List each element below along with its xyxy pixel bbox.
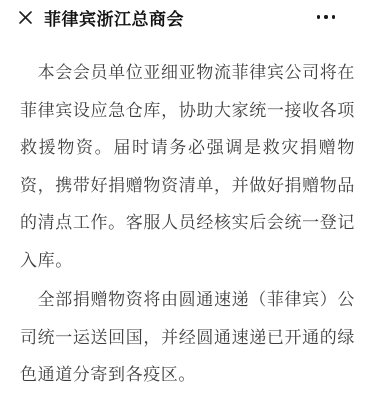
article-body: 本会会员单位亚细亚物流菲律宾公司将在菲律宾设应急仓库，协助大家统一接收各项救援物… <box>0 34 375 394</box>
close-icon <box>18 10 33 25</box>
page-title: 菲律宾浙江总商会 <box>44 5 184 30</box>
article-paragraph: 本会会员单位亚细亚物流菲律宾公司将在菲律宾设应急仓库，协助大家统一接收各项救援物… <box>20 54 355 279</box>
browser-header: 菲律宾浙江总商会 <box>0 0 375 34</box>
close-button[interactable] <box>14 6 36 28</box>
more-options-button[interactable] <box>315 7 337 26</box>
three-dots-icon <box>317 15 335 18</box>
article-paragraph: 全部捐赠物资将由圆通速递（菲律宾）公司统一运送回国，并经圆通速递已开通的绿色通道… <box>20 281 355 394</box>
